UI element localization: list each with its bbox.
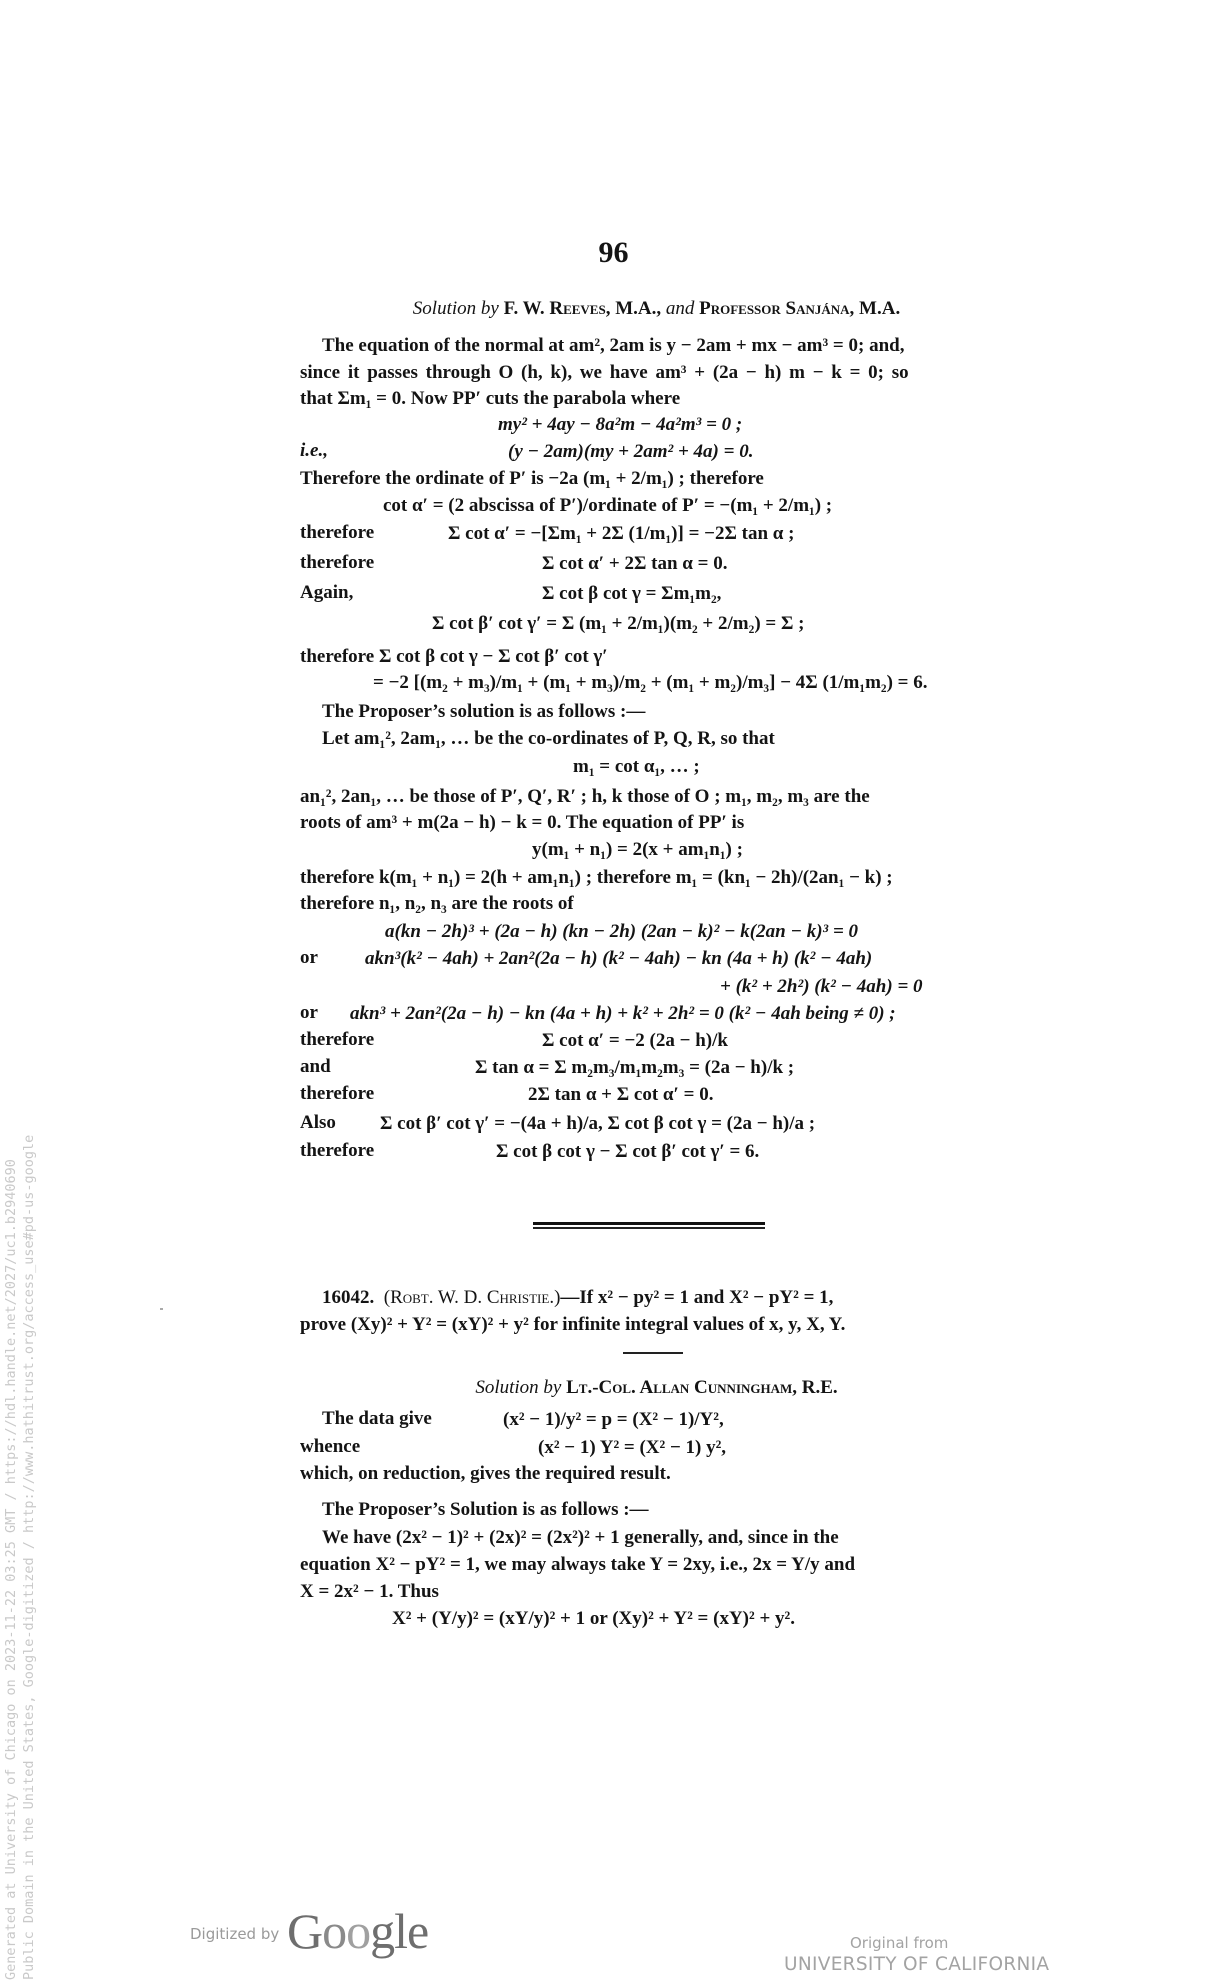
equation: 2Σ tan α + Σ cot α′ = 0. bbox=[528, 1083, 713, 1107]
institution-label: UNIVERSITY OF CALIFORNIA bbox=[784, 1954, 1049, 1975]
label-therefore: therefore bbox=[300, 522, 374, 544]
text-line: Therefore the ordinate of P′ is −2a (m₁ … bbox=[300, 467, 764, 491]
equation: (x² − 1) Y² = (X² − 1) y², bbox=[538, 1436, 726, 1460]
text-line: therefore k(m₁ + n₁) = 2(h + am₁n₁) ; th… bbox=[300, 866, 893, 890]
proposer-intro: The Proposer’s Solution is as follows :— bbox=[322, 1498, 649, 1522]
watermark-line-2: Public Domain in the United States, Goog… bbox=[20, 1135, 38, 1980]
label-or: or bbox=[300, 1002, 318, 1024]
label-therefore: therefore bbox=[300, 1083, 374, 1105]
equation: Σ cot α′ = −2 (2a − h)/k bbox=[542, 1029, 728, 1053]
label-also: Also bbox=[300, 1112, 336, 1134]
equation: Σ cot β′ cot γ′ = −(4a + h)/a, Σ cot β c… bbox=[380, 1112, 815, 1136]
text-line: The data give bbox=[322, 1408, 432, 1430]
text-line: whence bbox=[300, 1436, 360, 1458]
label-therefore: therefore bbox=[300, 552, 374, 574]
heading-author-1: F. W. Reeves, M.A., bbox=[504, 298, 662, 319]
text-line: which, on reduction, gives the required … bbox=[300, 1462, 671, 1486]
equation: Σ cot α′ = −[Σm₁ + 2Σ (1/m₁)] = −2Σ tan … bbox=[448, 522, 795, 546]
heading-author: Lt.-Col. Allan Cunningham, R.E. bbox=[566, 1377, 838, 1398]
google-logo: Google bbox=[287, 1902, 428, 1960]
watermark-line-1: Generated at University of Chicago on 20… bbox=[2, 1135, 20, 1980]
equation: + (k² + 2h²) (k² − 4ah) = 0 bbox=[720, 975, 923, 999]
text-line: an₁², 2an₁, … be those of P′, Q′, R′ ; h… bbox=[300, 785, 870, 809]
problem-number: 16042. bbox=[322, 1287, 374, 1308]
label-ie: i.e., bbox=[300, 440, 328, 462]
heading-prefix: Solution by bbox=[475, 1377, 561, 1398]
text-line: since it passes through O (h, k), we hav… bbox=[300, 361, 909, 385]
equation: (y − 2am)(my + 2am² + 4a) = 0. bbox=[508, 440, 753, 464]
heading-prefix: Solution by bbox=[413, 298, 499, 319]
text-line: The equation of the normal at am², 2am i… bbox=[322, 334, 904, 358]
solution-heading-2: Solution by Lt.-Col. Allan Cunningham, R… bbox=[0, 1377, 1227, 1399]
text-line: roots of am³ + m(2a − h) − k = 0. The eq… bbox=[300, 811, 744, 835]
equation: akn³ + 2an²(2a − h) − kn (4a + h) + k² +… bbox=[350, 1002, 896, 1026]
scanned-page: 96 Solution by F. W. Reeves, M.A., and P… bbox=[0, 0, 1227, 1981]
label-therefore: therefore bbox=[300, 1029, 374, 1051]
text-line: We have (2x² − 1)² + (2x)² = (2x²)² + 1 … bbox=[322, 1526, 839, 1550]
problem-text: —If x² − py² = 1 and X² − pY² = 1, bbox=[560, 1287, 833, 1308]
problem-author: (Robt. W. D. Christie.) bbox=[384, 1287, 561, 1308]
problem-statement-line-2: prove (Xy)² + Y² = (xY)² + y² for infini… bbox=[300, 1313, 845, 1337]
hathitrust-watermark: Generated at University of Chicago on 20… bbox=[2, 1135, 38, 1980]
scan-artifact bbox=[160, 1308, 163, 1310]
equation: a(kn − 2h)³ + (2a − h) (kn − 2h) (2an − … bbox=[385, 920, 858, 944]
original-from-label: Original from bbox=[850, 1934, 948, 1952]
equation: y(m₁ + n₁) = 2(x + am₁n₁) ; bbox=[532, 838, 743, 862]
equation: my² + 4ay − 8a²m − 4a²m³ = 0 ; bbox=[498, 413, 742, 437]
page-number: 96 bbox=[0, 236, 1227, 270]
label-therefore: therefore bbox=[300, 1140, 374, 1162]
section-divider bbox=[533, 1222, 765, 1229]
solution-heading-1: Solution by F. W. Reeves, M.A., and Prof… bbox=[0, 298, 1227, 320]
label-and: and bbox=[300, 1056, 331, 1078]
text-line: X = 2x² − 1. Thus bbox=[300, 1580, 439, 1604]
text-line: therefore n₁, n₂, n₃ are the roots of bbox=[300, 892, 574, 916]
text-line: Let am₁², 2am₁, … be the co-ordinates of… bbox=[322, 727, 775, 751]
problem-statement-line-1: 16042. (Robt. W. D. Christie.)—If x² − p… bbox=[322, 1286, 833, 1310]
text-line: therefore Σ cot β cot γ − Σ cot β′ cot γ… bbox=[300, 645, 608, 669]
label-or: or bbox=[300, 947, 318, 969]
digitized-by-label: Digitized by bbox=[190, 1925, 279, 1943]
proposer-intro: The Proposer’s solution is as follows :— bbox=[322, 700, 645, 724]
equation: Σ cot α′ + 2Σ tan α = 0. bbox=[542, 552, 727, 576]
equation: m₁ = cot α₁, … ; bbox=[573, 755, 700, 779]
equation: Σ cot β′ cot γ′ = Σ (m₁ + 2/m₁)(m₂ + 2/m… bbox=[432, 612, 804, 636]
equation: Σ tan α = Σ m₂m₃/m₁m₂m₃ = (2a − h)/k ; bbox=[475, 1056, 794, 1080]
equation: Σ cot β cot γ = Σm₁m₂, bbox=[542, 582, 721, 606]
equation: cot α′ = (2 abscissa of P′)/ordinate of … bbox=[383, 494, 832, 518]
short-divider bbox=[623, 1352, 683, 1354]
heading-author-2: Professor Sanjána, M.A. bbox=[699, 298, 900, 319]
text-line: that Σm₁ = 0. Now PP′ cuts the parabola … bbox=[300, 387, 680, 411]
heading-joiner: and bbox=[666, 298, 695, 319]
equation: = −2 [(m₂ + m₃)/m₁ + (m₁ + m₃)/m₂ + (m₁ … bbox=[373, 671, 928, 695]
label-again: Again, bbox=[300, 582, 353, 604]
text-line: equation X² − pY² = 1, we may always tak… bbox=[300, 1553, 855, 1577]
equation: (x² − 1)/y² = p = (X² − 1)/Y², bbox=[503, 1408, 724, 1432]
equation: X² + (Y/y)² = (xY/y)² + 1 or (Xy)² + Y² … bbox=[392, 1607, 795, 1631]
equation: Σ cot β cot γ − Σ cot β′ cot γ′ = 6. bbox=[496, 1140, 759, 1164]
equation: akn³(k² − 4ah) + 2an²(2a − h) (k² − 4ah)… bbox=[365, 947, 872, 971]
